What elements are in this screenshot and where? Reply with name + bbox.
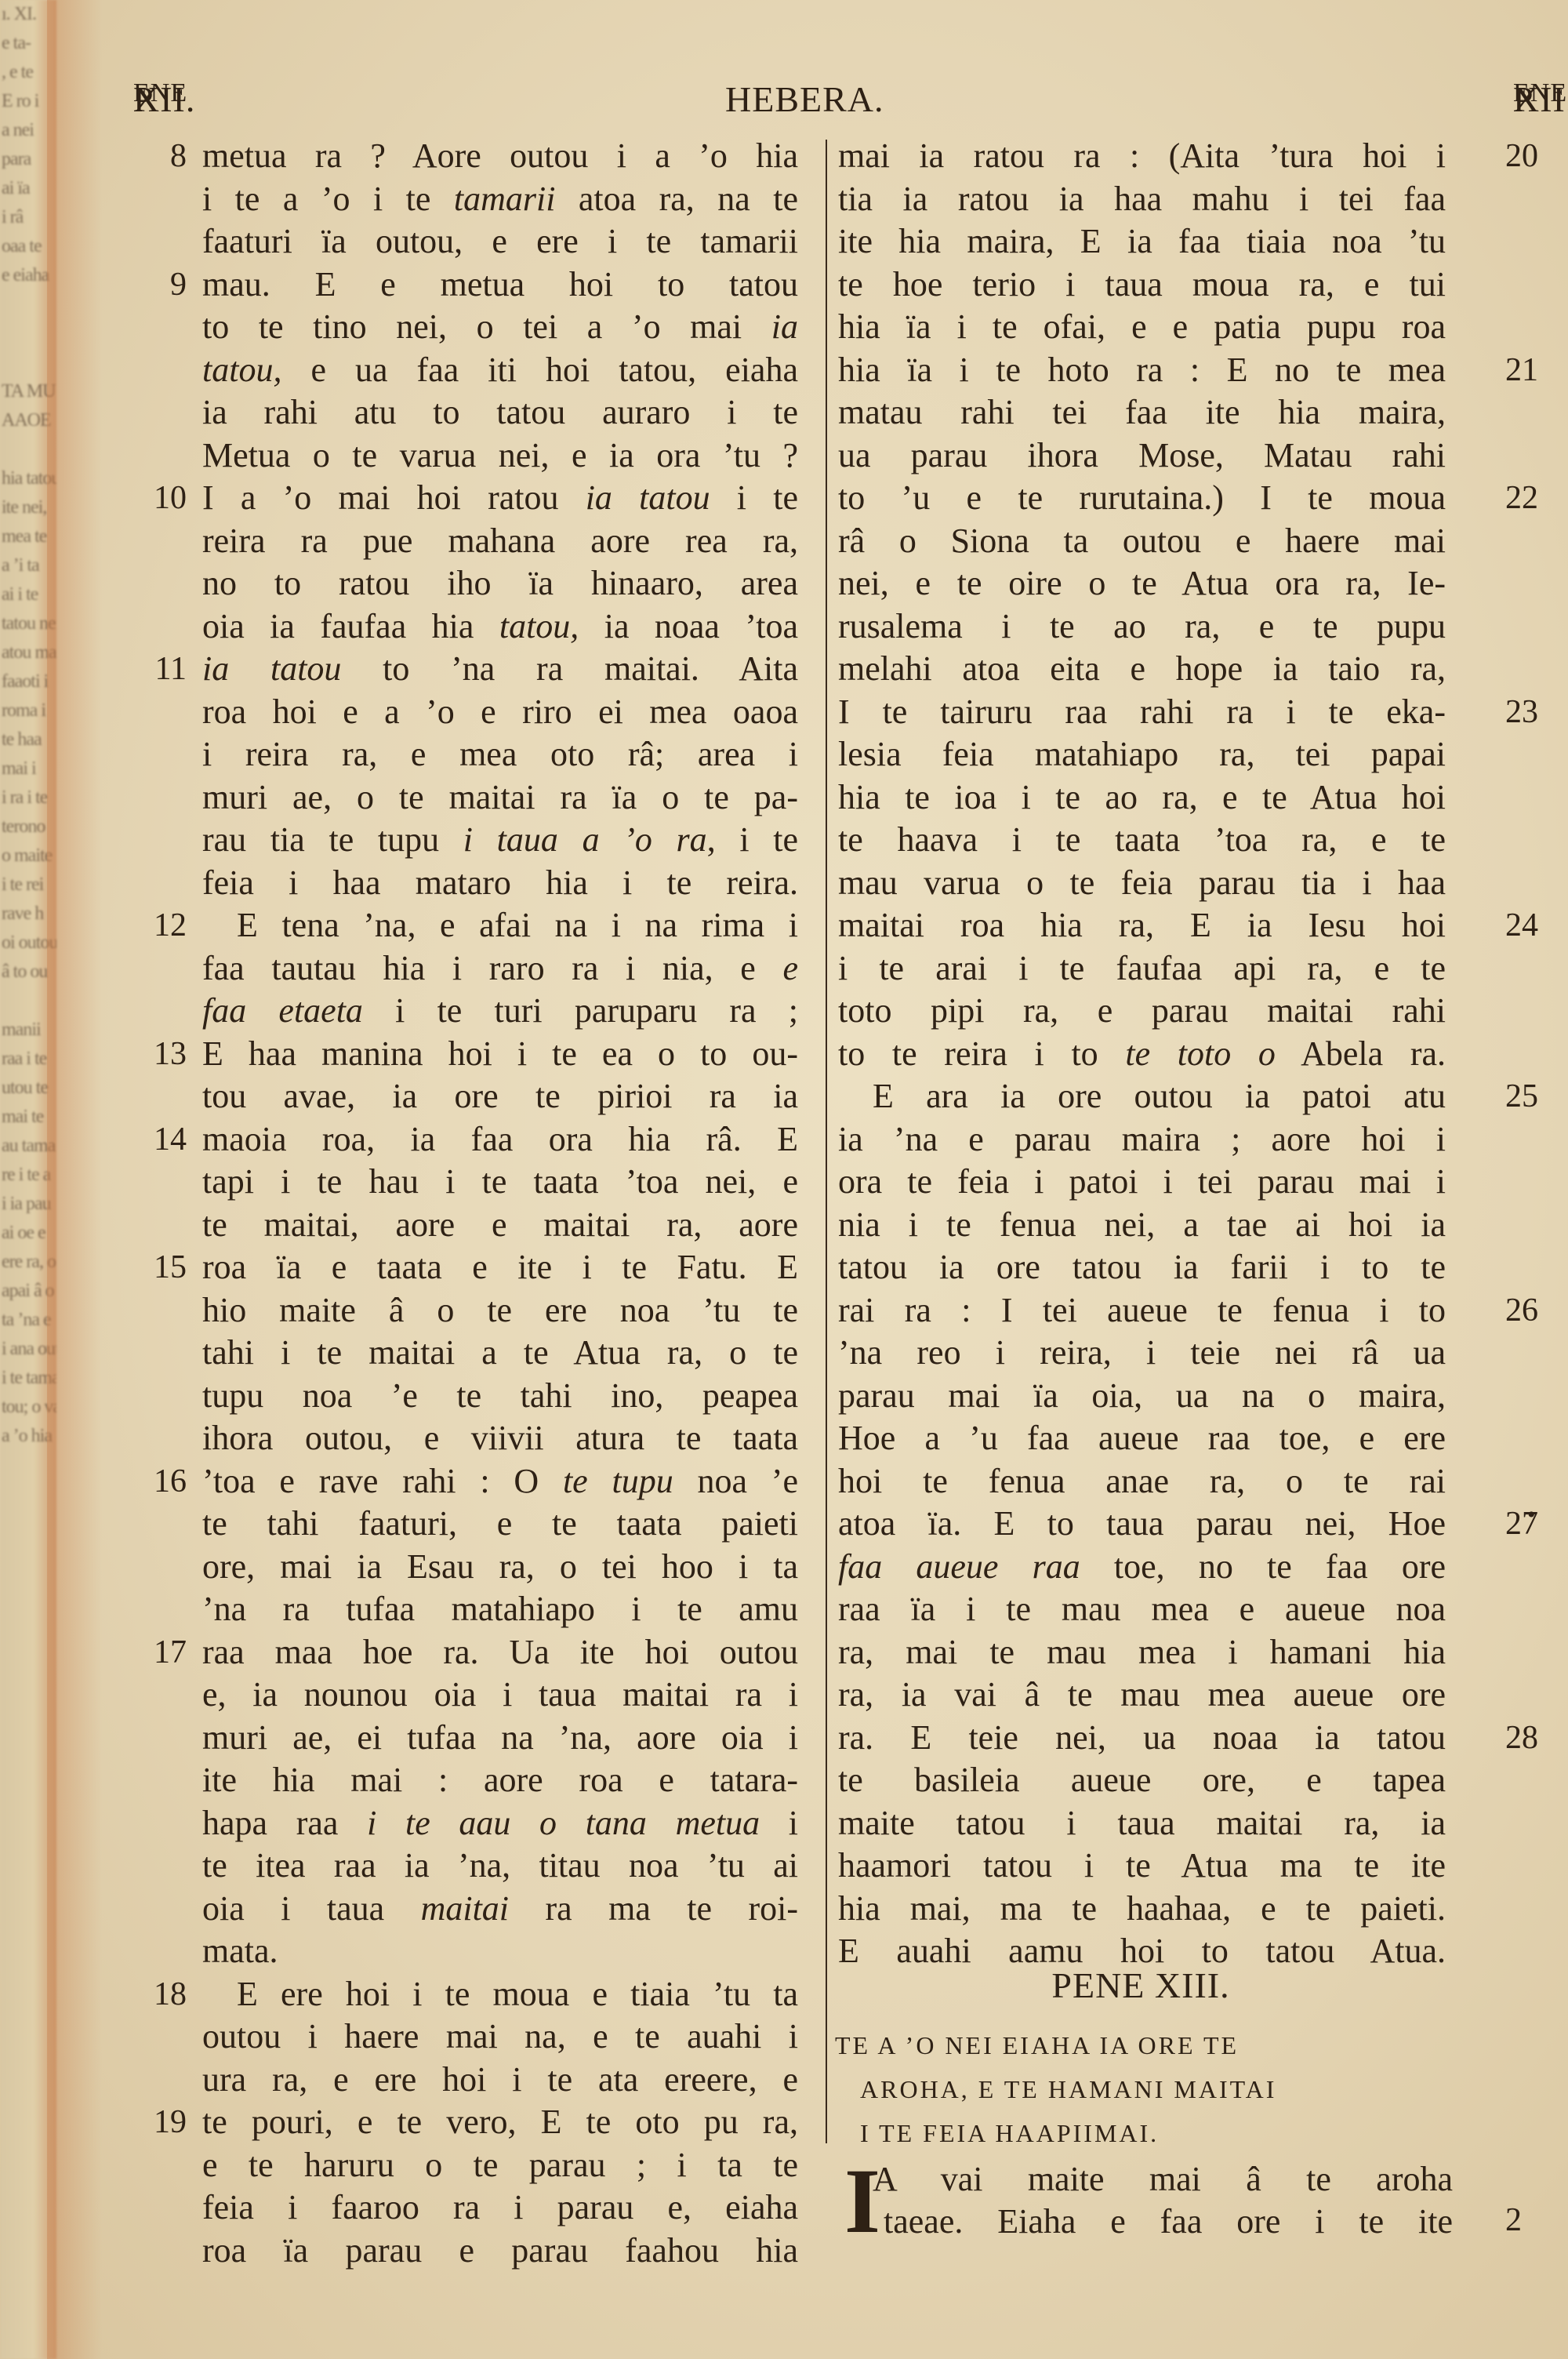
line-text: reira ra pue mahana aore rea ra, [202, 520, 798, 563]
line-text: ’na ra tufaa matahiapo i te amu [202, 1588, 798, 1631]
line-text: oia i taua maitai ra ma te roi- [202, 1888, 798, 1931]
left-column: metua ra ? Aore outou i a ’o hia8i te a … [141, 135, 815, 2272]
text-line: raa maa hoe ra. Ua ite hoi outou17 [141, 1631, 815, 1674]
text-line: E ara ia ore outou ia patoi atu25 [835, 1075, 1525, 1118]
line-text: mau varua o te feia parau tia i haa [838, 862, 1446, 905]
text-line: ra. E teie nei, ua noaa ia tatou28 [835, 1717, 1525, 1760]
text-line: tia ia ratou ia haa mahu i tei faa [835, 178, 1525, 221]
text-line: maite tatou i taua maitai ra, ia [835, 1802, 1525, 1845]
line-text: ura ra, e ere hoi i te ata ereere, e [202, 2059, 798, 2102]
line-text: ra. E teie nei, ua noaa ia tatou [838, 1717, 1446, 1760]
line-text: toto pipi ra, e parau maitai rahi [838, 990, 1446, 1033]
line-text: maitai roa hia ra, E ia Iesu hoi [838, 904, 1446, 947]
line-text: hapa raa i te aau o tana metua i [202, 1802, 798, 1845]
text-line: melahi atoa eita e hope ia taio ra, [835, 648, 1525, 691]
line-text: ihora outou, e viivii atura te taata [202, 1417, 798, 1460]
text-line: oia ia faufaa hia tatou, ia noaa ’toa [141, 605, 815, 649]
text-line: te pouri, e te vero, E te oto pu ra,19 [141, 2101, 815, 2144]
text-line: tahi i te maitai a te Atua ra, o te [141, 1332, 815, 1375]
text-line: ’na ra tufaa matahiapo i te amu [141, 1588, 815, 1631]
verse-number: 26 [1505, 1289, 1538, 1332]
text-line: faa etaeta i te turi paruparu ra ; [141, 990, 815, 1033]
line-text: roa ïa parau e parau faahou hia [202, 2230, 798, 2273]
line-text: faaturi ïa outou, e ere i te tamarii [202, 220, 798, 264]
line-text: tatou, e ua faa iti hoi tatou, eiaha [202, 349, 798, 392]
line-text: ua parau ihora Mose, Matau rahi [838, 434, 1446, 478]
line-text: e te haruru o te parau ; i ta te [202, 2144, 798, 2187]
line-text: faa tautau hia i raro ra i nia, e e [202, 947, 798, 990]
text-line: I te tairuru raa rahi ra i te eka-23 [835, 691, 1525, 734]
line-text: to te tino nei, o tei a ’o mai ia [202, 306, 798, 349]
text-line: faa tautau hia i raro ra i nia, e e [141, 947, 815, 990]
line-text: tapi i te hau i te taata ’toa nei, e [202, 1161, 798, 1204]
opening-line: taeae. Eiaha e faa ore i te ite [884, 2201, 1453, 2241]
line-text: te maitai, aore e maitai ra, aore [202, 1204, 798, 1247]
text-line: rusalema i te ao ra, e te pupu [835, 605, 1525, 649]
text-line: rau tia te tupu i taua a ’o ra, i te [141, 819, 815, 862]
verse-number: 2 [1505, 2201, 1522, 2239]
verse-number: 25 [1505, 1075, 1538, 1118]
line-text: ’na reo i reira, i teie nei râ ua [838, 1332, 1446, 1375]
verse-number: 9 [141, 264, 187, 307]
verse-number: 28 [1505, 1717, 1538, 1760]
line-text: ra, mai te mau mea i hamani hia [838, 1631, 1446, 1674]
text-line: ihora outou, e viivii atura te taata [141, 1417, 815, 1460]
gutter-shadow [47, 0, 102, 2359]
text-line: mau. E e metua hoi to tatou9 [141, 264, 815, 307]
text-line: roa ïa e taata e ite i te Fatu. E15 [141, 1246, 815, 1289]
line-text: ia ’na e parau maira ; aore hoi i [838, 1118, 1446, 1161]
text-line: mau varua o te feia parau tia i haa [835, 862, 1525, 905]
text-line: to ’u e te rurutaina.) I te moua22 [835, 477, 1525, 520]
line-text: hia ïa i te ofai, e e patia pupu roa [838, 306, 1446, 349]
line-text: ora te feia i patoi i tei parau mai i [838, 1161, 1446, 1204]
text-line: tou avae, ia ore te pirioi ra ia [141, 1075, 815, 1118]
verse-number: 19 [141, 2101, 187, 2144]
line-text: no to ratou iho ïa hinaaro, area [202, 562, 798, 605]
text-line: ’toa e rave rahi : O te tupu noa ’e16 [141, 1460, 815, 1503]
line-text: metua ra ? Aore outou i a ’o hia [202, 135, 798, 178]
text-line: te hoe terio i taua moua ra, e tui [835, 264, 1525, 307]
line-text: mau. E e metua hoi to tatou [202, 264, 798, 307]
line-text: matau rahi tei faa ite hia maira, [838, 391, 1446, 434]
text-line: hapa raa i te aau o tana metua i [141, 1802, 815, 1845]
text-line: ra, ia vai â te mau mea aueue ore [835, 1674, 1525, 1717]
line-text: e, ia nounou oia i taua maitai ra i [202, 1674, 798, 1717]
line-text: ite hia maira, E ia faa tiaia noa ’tu [838, 220, 1446, 264]
text-line: te itea raa ia ’na, titau noa ’tu ai [141, 1845, 815, 1888]
text-line: faaturi ïa outou, e ere i te tamarii [141, 220, 815, 264]
line-text: muri ae, ei tufaa na ’na, aore oia i [202, 1717, 798, 1760]
line-text: E haa manina hoi i te ea o to ou- [202, 1033, 798, 1076]
line-text: ite hia mai : aore roa e tatara- [202, 1759, 798, 1802]
line-text: Hoe a ’u faa aueue raa toe, e ere [838, 1417, 1446, 1460]
line-text: ia rahi atu to tatou auraro i te [202, 391, 798, 434]
verse-number: 14 [141, 1118, 187, 1161]
line-text: maite tatou i taua maitai ra, ia [838, 1802, 1446, 1845]
text-line: matau rahi tei faa ite hia maira, [835, 391, 1525, 434]
text-line: mata. [141, 1930, 815, 1973]
text-line: hia te ioa i te ao ra, e te Atua hoi [835, 776, 1525, 820]
verse-number: 15 [141, 1246, 187, 1289]
text-line: outou i haere mai na, e te auahi i [141, 2016, 815, 2059]
line-text: lesia feia matahiapo ra, tei papai [838, 733, 1446, 776]
line-text: I a ’o mai hoi ratou ia tatou i te [202, 477, 798, 520]
text-line: rai ra : I tei aueue te fenua i to26 [835, 1289, 1525, 1332]
text-line: ’na reo i reira, i teie nei râ ua [835, 1332, 1525, 1375]
text-line: toto pipi ra, e parau maitai rahi [835, 990, 1525, 1033]
line-text: tahi i te maitai a te Atua ra, o te [202, 1332, 798, 1375]
line-text: râ o Siona ta outou e haere mai [838, 520, 1446, 563]
verse-number: 22 [1505, 477, 1538, 520]
text-line: atoa ïa. E to taua parau nei, Hoe27 [835, 1503, 1525, 1546]
text-line: raa ïa i te mau mea e aueue noa [835, 1588, 1525, 1631]
text-line: faa aueue raa toe, no te faa ore [835, 1546, 1525, 1589]
text-line: i reira ra, e mea oto râ; area i [141, 733, 815, 776]
text-line: hia ïa i te hoto ra : E no te mea21 [835, 349, 1525, 392]
text-line: i te a ’o i te tamarii atoa ra, na te [141, 178, 815, 221]
text-line: feia i faaroo ra i parau e, eiaha [141, 2186, 815, 2230]
line-text: ’toa e rave rahi : O te tupu noa ’e [202, 1460, 798, 1503]
line-text: rau tia te tupu i taua a ’o ra, i te [202, 819, 798, 862]
verse-number: 24 [1505, 904, 1538, 947]
line-text: te haava i te taata ’toa ra, e te [838, 819, 1446, 862]
line-text: hia mai, ma te haahaa, e te paieti. [838, 1888, 1446, 1931]
text-line: ua parau ihora Mose, Matau rahi [835, 434, 1525, 478]
text-line: ite hia mai : aore roa e tatara- [141, 1759, 815, 1802]
text-line: tapi i te hau i te taata ’toa nei, e [141, 1161, 815, 1204]
line-text: rusalema i te ao ra, e te pupu [838, 605, 1446, 649]
text-line: metua ra ? Aore outou i a ’o hia8 [141, 135, 815, 178]
verse-number: 17 [141, 1631, 187, 1674]
text-line: ore, mai ia Esau ra, o tei hoo i ta [141, 1546, 815, 1589]
text-line: Metua o te varua nei, e ia ora ’tu ? [141, 434, 815, 478]
line-text: hia ïa i te hoto ra : E no te mea [838, 349, 1446, 392]
text-line: ora te feia i patoi i tei parau mai i [835, 1161, 1525, 1204]
text-line: te maitai, aore e maitai ra, aore [141, 1204, 815, 1247]
verse-number: 23 [1505, 691, 1538, 734]
text-line: to te tino nei, o tei a ’o mai ia [141, 306, 815, 349]
verse-number: 18 [141, 1973, 187, 2016]
verse-number: 10 [141, 477, 187, 520]
text-line: te haava i te taata ’toa ra, e te [835, 819, 1525, 862]
text-line: ite hia maira, E ia faa tiaia noa ’tu [835, 220, 1525, 264]
line-text: i te a ’o i te tamarii atoa ra, na te [202, 178, 798, 221]
line-text: E tena ’na, e afai na i na rima i [202, 904, 798, 947]
text-line: nia i te fenua nei, a tae ai hoi ia [835, 1204, 1525, 1247]
line-text: parau mai ïa oia, ua na o maira, [838, 1375, 1446, 1418]
line-text: ia tatou to ’na ra maitai. Aita [202, 648, 798, 691]
text-line: ia rahi atu to tatou auraro i te [141, 391, 815, 434]
text-line: e, ia nounou oia i taua maitai ra i [141, 1674, 815, 1717]
line-text: hoi te fenua anae ra, o te rai [838, 1460, 1446, 1503]
line-text: i reira ra, e mea oto râ; area i [202, 733, 798, 776]
line-text: to ’u e te rurutaina.) I te moua [838, 477, 1446, 520]
line-text: feia i haa mataro hia i te reira. [202, 862, 798, 905]
text-line: muri ae, o te maitai ra ïa o te pa- [141, 776, 815, 820]
opening-line: A vai maite mai â te aroha [873, 2159, 1453, 2199]
line-text: hia te ioa i te ao ra, e te Atua hoi [838, 776, 1446, 820]
text-line: maitai roa hia ra, E ia Iesu hoi24 [835, 904, 1525, 947]
header-book-title: HEBERA. [725, 78, 884, 120]
text-line: Hoe a ’u faa aueue raa toe, e ere [835, 1417, 1525, 1460]
line-text: roa hoi e a ’o e riro ei mea oaoa [202, 691, 798, 734]
verse-number: 11 [141, 648, 187, 691]
line-text: feia i faaroo ra i parau e, eiaha [202, 2186, 798, 2230]
column-divider [826, 140, 827, 2143]
text-line: E haa manina hoi i te ea o to ou-13 [141, 1033, 815, 1076]
text-line: haamori tatou i te Atua ma te ite [835, 1845, 1525, 1888]
running-header: PENE XII. HEBERA. PENE XII. XIII. [133, 78, 1513, 125]
text-line: ra, mai te mau mea i hamani hia [835, 1631, 1525, 1674]
line-text: tou avae, ia ore te pirioi ra ia [202, 1075, 798, 1118]
line-text: I te tairuru raa rahi ra i te eka- [838, 691, 1446, 734]
stray-dot-mark: • [1527, 1502, 1536, 1528]
text-line: ura ra, e ere hoi i te ata ereere, e [141, 2059, 815, 2102]
text-line: I a ’o mai hoi ratou ia tatou i te10 [141, 477, 815, 520]
line-text: i te arai i te faufaa api ra, e te [838, 947, 1446, 990]
text-line: E tena ’na, e afai na i na rima i12 [141, 904, 815, 947]
summary-line: I TE FEIA HAAPIIMAI. [835, 2111, 1446, 2155]
line-text: maoia roa, ia faa ora hia râ. E [202, 1118, 798, 1161]
text-line: i te arai i te faufaa api ra, e te [835, 947, 1525, 990]
line-text: te pouri, e te vero, E te oto pu ra, [202, 2101, 798, 2144]
line-text: atoa ïa. E to taua parau nei, Hoe [838, 1503, 1446, 1546]
line-text: raa maa hoe ra. Ua ite hoi outou [202, 1631, 798, 1674]
text-line: tatou, e ua faa iti hoi tatou, eiaha [141, 349, 815, 392]
verse-number: 8 [141, 135, 187, 178]
line-text: E ara ia ore outou ia patoi atu [838, 1075, 1446, 1118]
line-text: tia ia ratou ia haa mahu i tei faa [838, 178, 1446, 221]
verse-number: 21 [1505, 349, 1538, 392]
line-text: tatou ia ore tatou ia farii i to te [838, 1246, 1446, 1289]
line-text: faa etaeta i te turi paruparu ra ; [202, 990, 798, 1033]
line-text: raa ïa i te mau mea e aueue noa [838, 1588, 1446, 1631]
line-text: to te reira i to te toto o Abela ra. [838, 1033, 1446, 1076]
summary-line: TE A ’O NEI EIAHA IA ORE TE [835, 2023, 1446, 2067]
line-text: ore, mai ia Esau ra, o tei hoo i ta [202, 1546, 798, 1589]
verse-number: 16 [141, 1460, 187, 1503]
line-text: muri ae, o te maitai ra ïa o te pa- [202, 776, 798, 820]
line-text: melahi atoa eita e hope ia taio ra, [838, 648, 1446, 691]
line-text: ra, ia vai â te mau mea aueue ore [838, 1674, 1446, 1717]
line-text: hio maite â o te ere noa ’tu te [202, 1289, 798, 1332]
text-line: hia ïa i te ofai, e e patia pupu roa [835, 306, 1525, 349]
text-line: roa ïa parau e parau faahou hia [141, 2230, 815, 2273]
line-text: tupu noa ’e te tahi ino, peapea [202, 1375, 798, 1418]
text-line: mai ia ratou ra : (Aita ’tura hoi i20 [835, 135, 1525, 178]
text-line: te basileia aueue ore, e tapea [835, 1759, 1525, 1802]
verse-number: 20 [1505, 135, 1538, 178]
text-line: te tahi faaturi, e te taata paieti [141, 1503, 815, 1546]
line-text: outou i haere mai na, e te auahi i [202, 2016, 798, 2059]
text-line: to te reira i to te toto o Abela ra. [835, 1033, 1525, 1076]
line-text: nei, e te oire o te Atua ora ra, Ie- [838, 562, 1446, 605]
text-line: no to ratou iho ïa hinaaro, area [141, 562, 815, 605]
line-text: mai ia ratou ra : (Aita ’tura hoi i [838, 135, 1446, 178]
line-text: te hoe terio i taua moua ra, e tui [838, 264, 1446, 307]
text-line: reira ra pue mahana aore rea ra, [141, 520, 815, 563]
text-line: hia mai, ma te haahaa, e te paieti. [835, 1888, 1525, 1931]
line-text: rai ra : I tei aueue te fenua i to [838, 1289, 1446, 1332]
verse-number: 12 [141, 904, 187, 947]
text-line: roa hoi e a ’o e riro ei mea oaoa [141, 691, 815, 734]
text-line: ia ’na e parau maira ; aore hoi i [835, 1118, 1525, 1161]
text-line: hio maite â o te ere noa ’tu te [141, 1289, 815, 1332]
verse-number: 13 [141, 1033, 187, 1076]
book-page: ı. XI.e ta-, e teE ro ia neiparaai ïai r… [0, 0, 1568, 2359]
line-text: haamori tatou i te Atua ma te ite [838, 1845, 1446, 1888]
line-text: E ere hoi i te moua e tiaia ’tu ta [202, 1973, 798, 2016]
right-column: mai ia ratou ra : (Aita ’tura hoi i20tia… [835, 135, 1525, 1973]
text-line: tupu noa ’e te tahi ino, peapea [141, 1375, 815, 1418]
text-line: ia tatou to ’na ra maitai. Aita11 [141, 648, 815, 691]
line-text: te itea raa ia ’na, titau noa ’tu ai [202, 1845, 798, 1888]
text-line: E ere hoi i te moua e tiaia ’tu ta18 [141, 1973, 815, 2016]
text-line: oia i taua maitai ra ma te roi- [141, 1888, 815, 1931]
chapter-summary: TE A ’O NEI EIAHA IA ORE TE AROHA, E TE … [835, 2023, 1446, 2155]
text-line: hoi te fenua anae ra, o te rai [835, 1460, 1525, 1503]
text-line: lesia feia matahiapo ra, tei papai [835, 733, 1525, 776]
chapter-opening: I A vai maite mai â te aroha taeae. Eiah… [835, 2153, 1525, 2247]
text-line: muri ae, ei tufaa na ’na, aore oia i [141, 1717, 815, 1760]
text-line: tatou ia ore tatou ia farii i to te [835, 1246, 1525, 1289]
line-text: mata. [202, 1930, 798, 1973]
line-text: te tahi faaturi, e te taata paieti [202, 1503, 798, 1546]
line-text: nia i te fenua nei, a tae ai hoi ia [838, 1204, 1446, 1247]
text-line: nei, e te oire o te Atua ora ra, Ie- [835, 562, 1525, 605]
text-line: feia i haa mataro hia i te reira. [141, 862, 815, 905]
chapter-heading: PENE XIII. [835, 1965, 1446, 2006]
summary-line: AROHA, E TE HAMANI MAITAI [835, 2067, 1446, 2111]
line-text: Metua o te varua nei, e ia ora ’tu ? [202, 434, 798, 478]
line-text: roa ïa e taata e ite i te Fatu. E [202, 1246, 798, 1289]
line-text: te basileia aueue ore, e tapea [838, 1759, 1446, 1802]
text-line: râ o Siona ta outou e haere mai [835, 520, 1525, 563]
text-line: e te haruru o te parau ; i ta te [141, 2144, 815, 2187]
line-text: faa aueue raa toe, no te faa ore [838, 1546, 1446, 1589]
line-text: oia ia faufaa hia tatou, ia noaa ’toa [202, 605, 798, 649]
text-line: parau mai ïa oia, ua na o maira, [835, 1375, 1525, 1418]
text-line: maoia roa, ia faa ora hia râ. E14 [141, 1118, 815, 1161]
